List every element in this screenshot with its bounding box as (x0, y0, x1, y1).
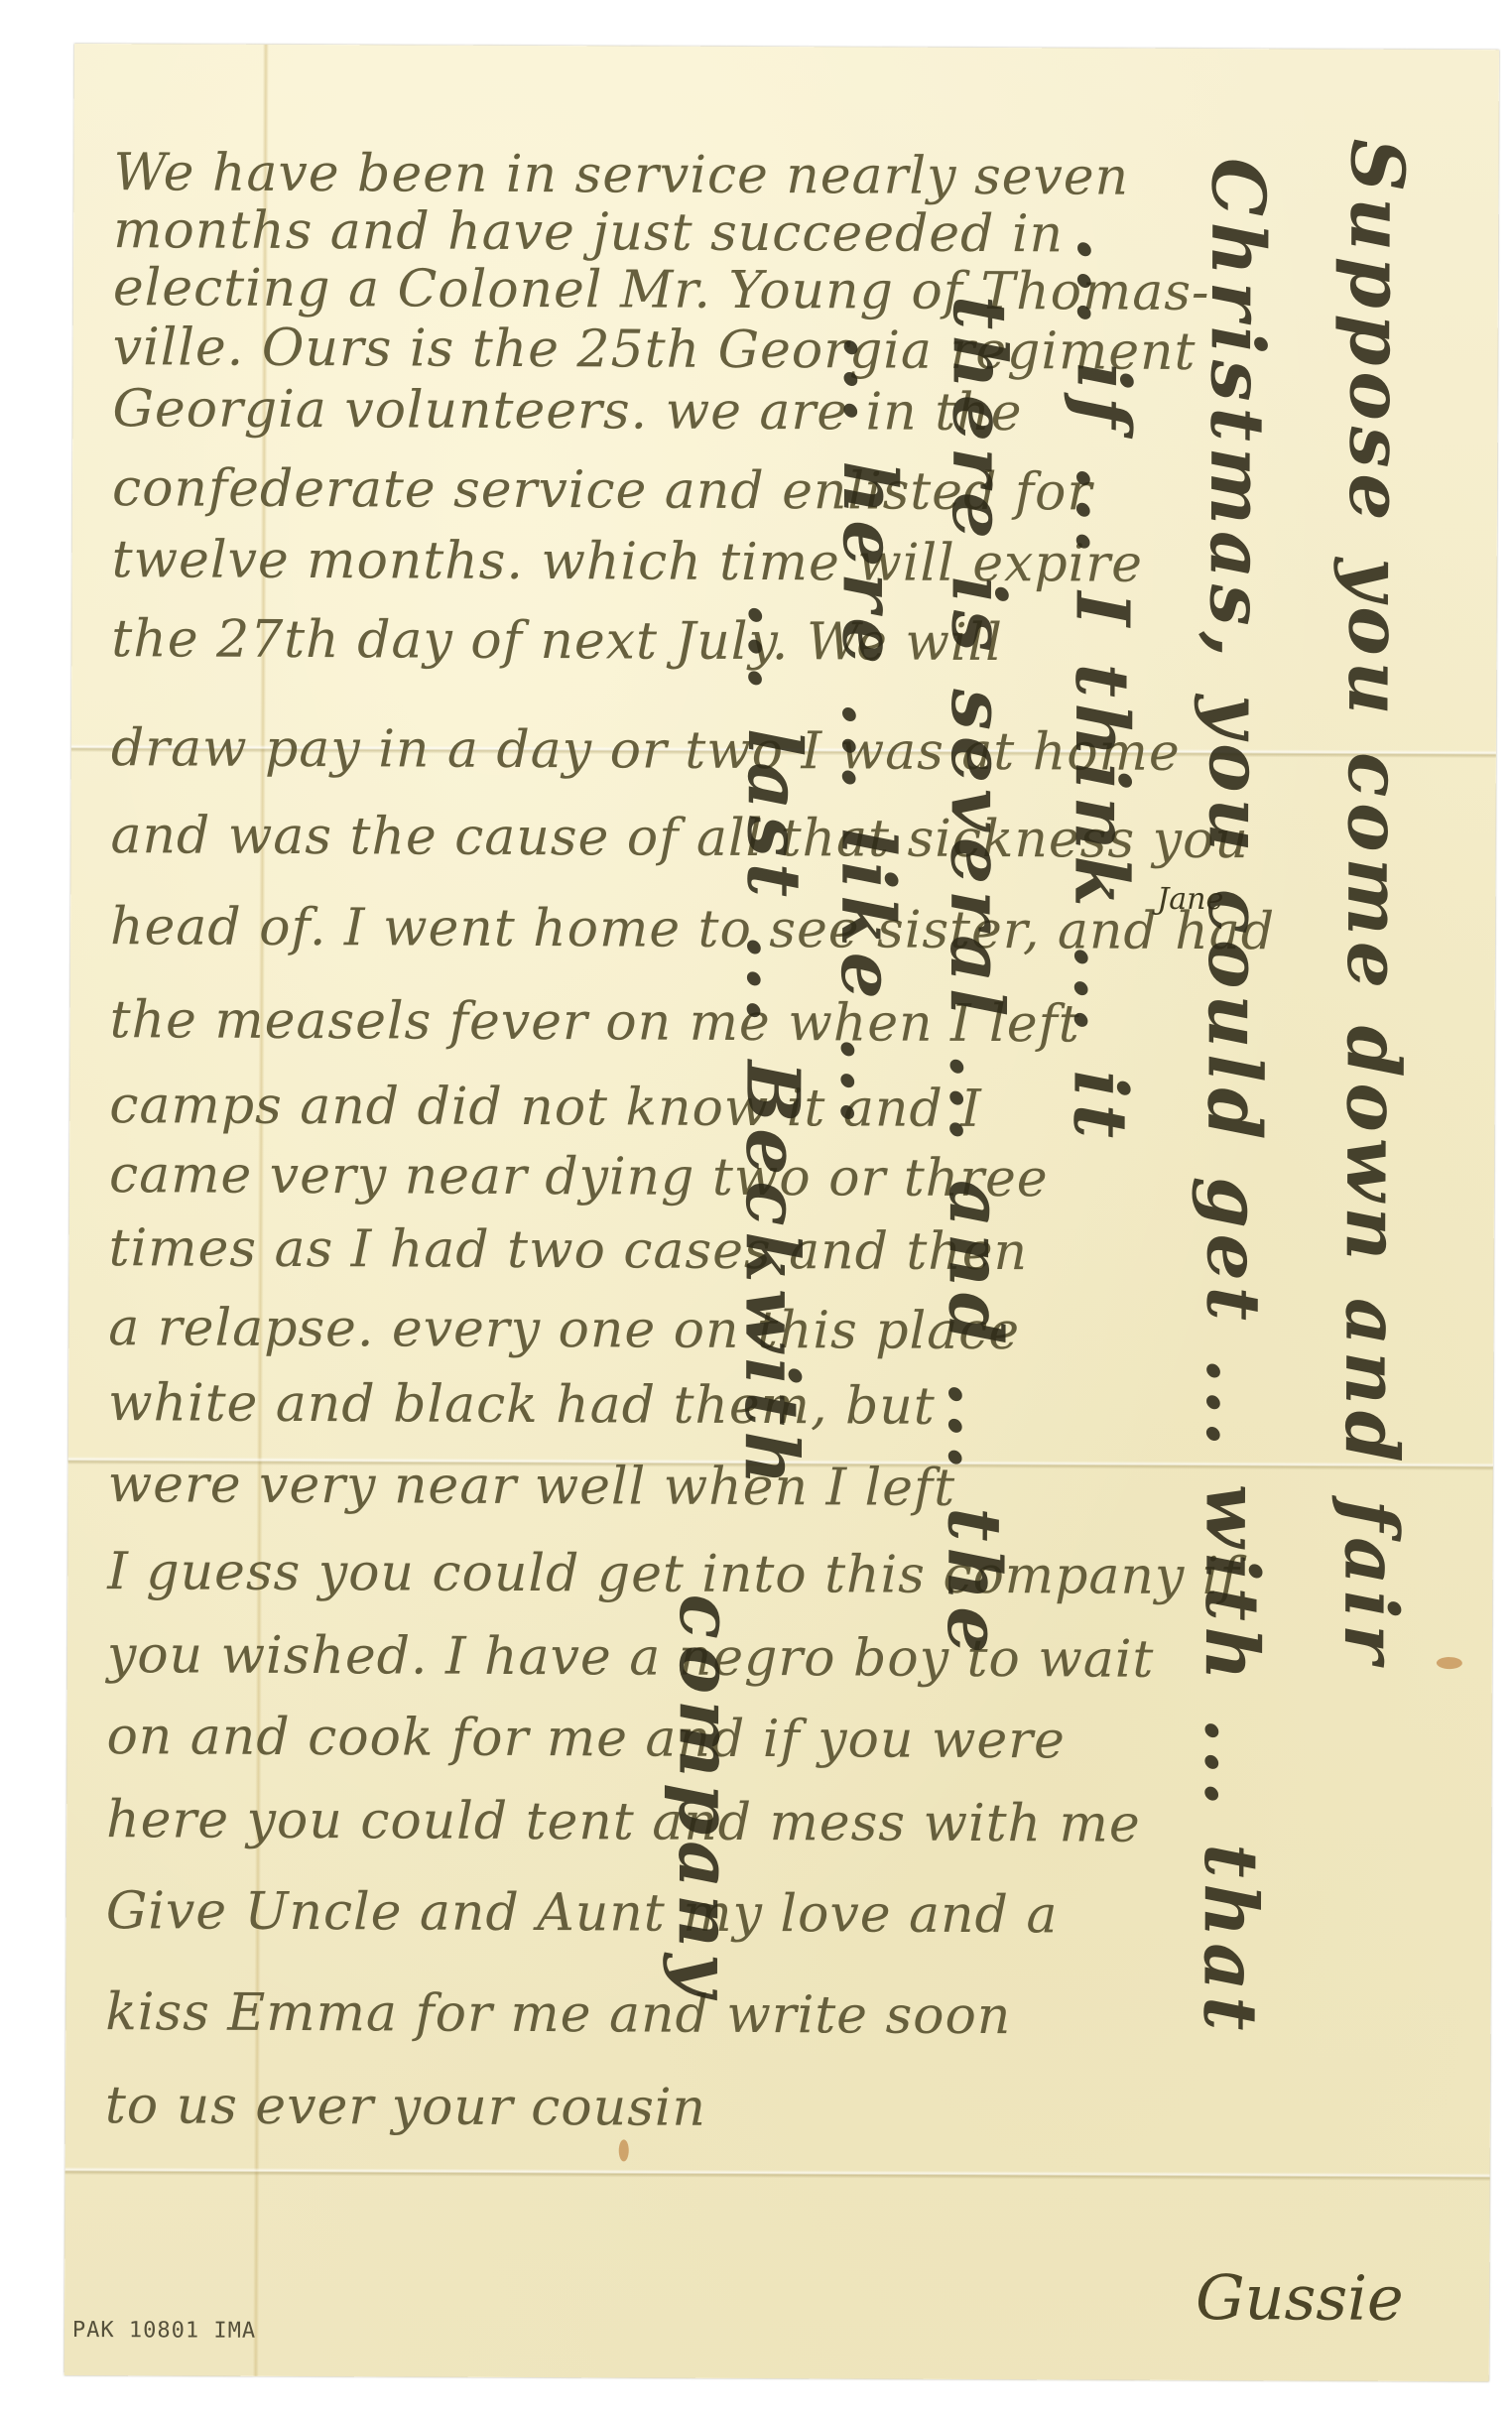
text-line: electing a Colonel Mr. Young of Thomas- (113, 258, 1210, 322)
text-line: to us ever your cousin (105, 2076, 706, 2138)
text-line: draw pay in a day or two I was at home (111, 718, 1181, 783)
horizontal-fold-crease (65, 2167, 1490, 2181)
text-line: months and have just succeeded in (113, 200, 1064, 264)
cross-written-column: company (661, 1594, 748, 2091)
cross-written-column: there is several ... and ... the (929, 296, 1021, 1982)
cross-written-column: Suppose you come down and fair (1324, 139, 1420, 2302)
text-line: Give Uncle and Aunt my love and a (106, 1881, 1059, 1945)
ink-stain (1437, 1657, 1462, 1669)
catalog-stamp: PAK 10801 IMA (72, 2318, 256, 2344)
ink-stain (619, 2139, 629, 2161)
cross-written-column: Christmas, you could get ... with ... th… (1187, 158, 1281, 2142)
text-line: kiss Emma for me and write soon (105, 1982, 1011, 2046)
cross-written-column: ... if ... I think ... it (1054, 236, 1146, 1923)
text-line: ville. Ours is the 25th Georgia regiment (113, 318, 1197, 382)
signature: Gussie (1196, 2261, 1404, 2335)
letter-paper: We have been in service nearly seven mon… (64, 44, 1499, 2381)
text-line: We have been in service nearly seven (113, 143, 1129, 206)
main-text-body: We have been in service nearly seven mon… (114, 143, 1483, 149)
cross-written-column: ... here ... like ... (820, 334, 913, 1823)
text-line: on and cook for me and if you were (106, 1707, 1066, 1770)
